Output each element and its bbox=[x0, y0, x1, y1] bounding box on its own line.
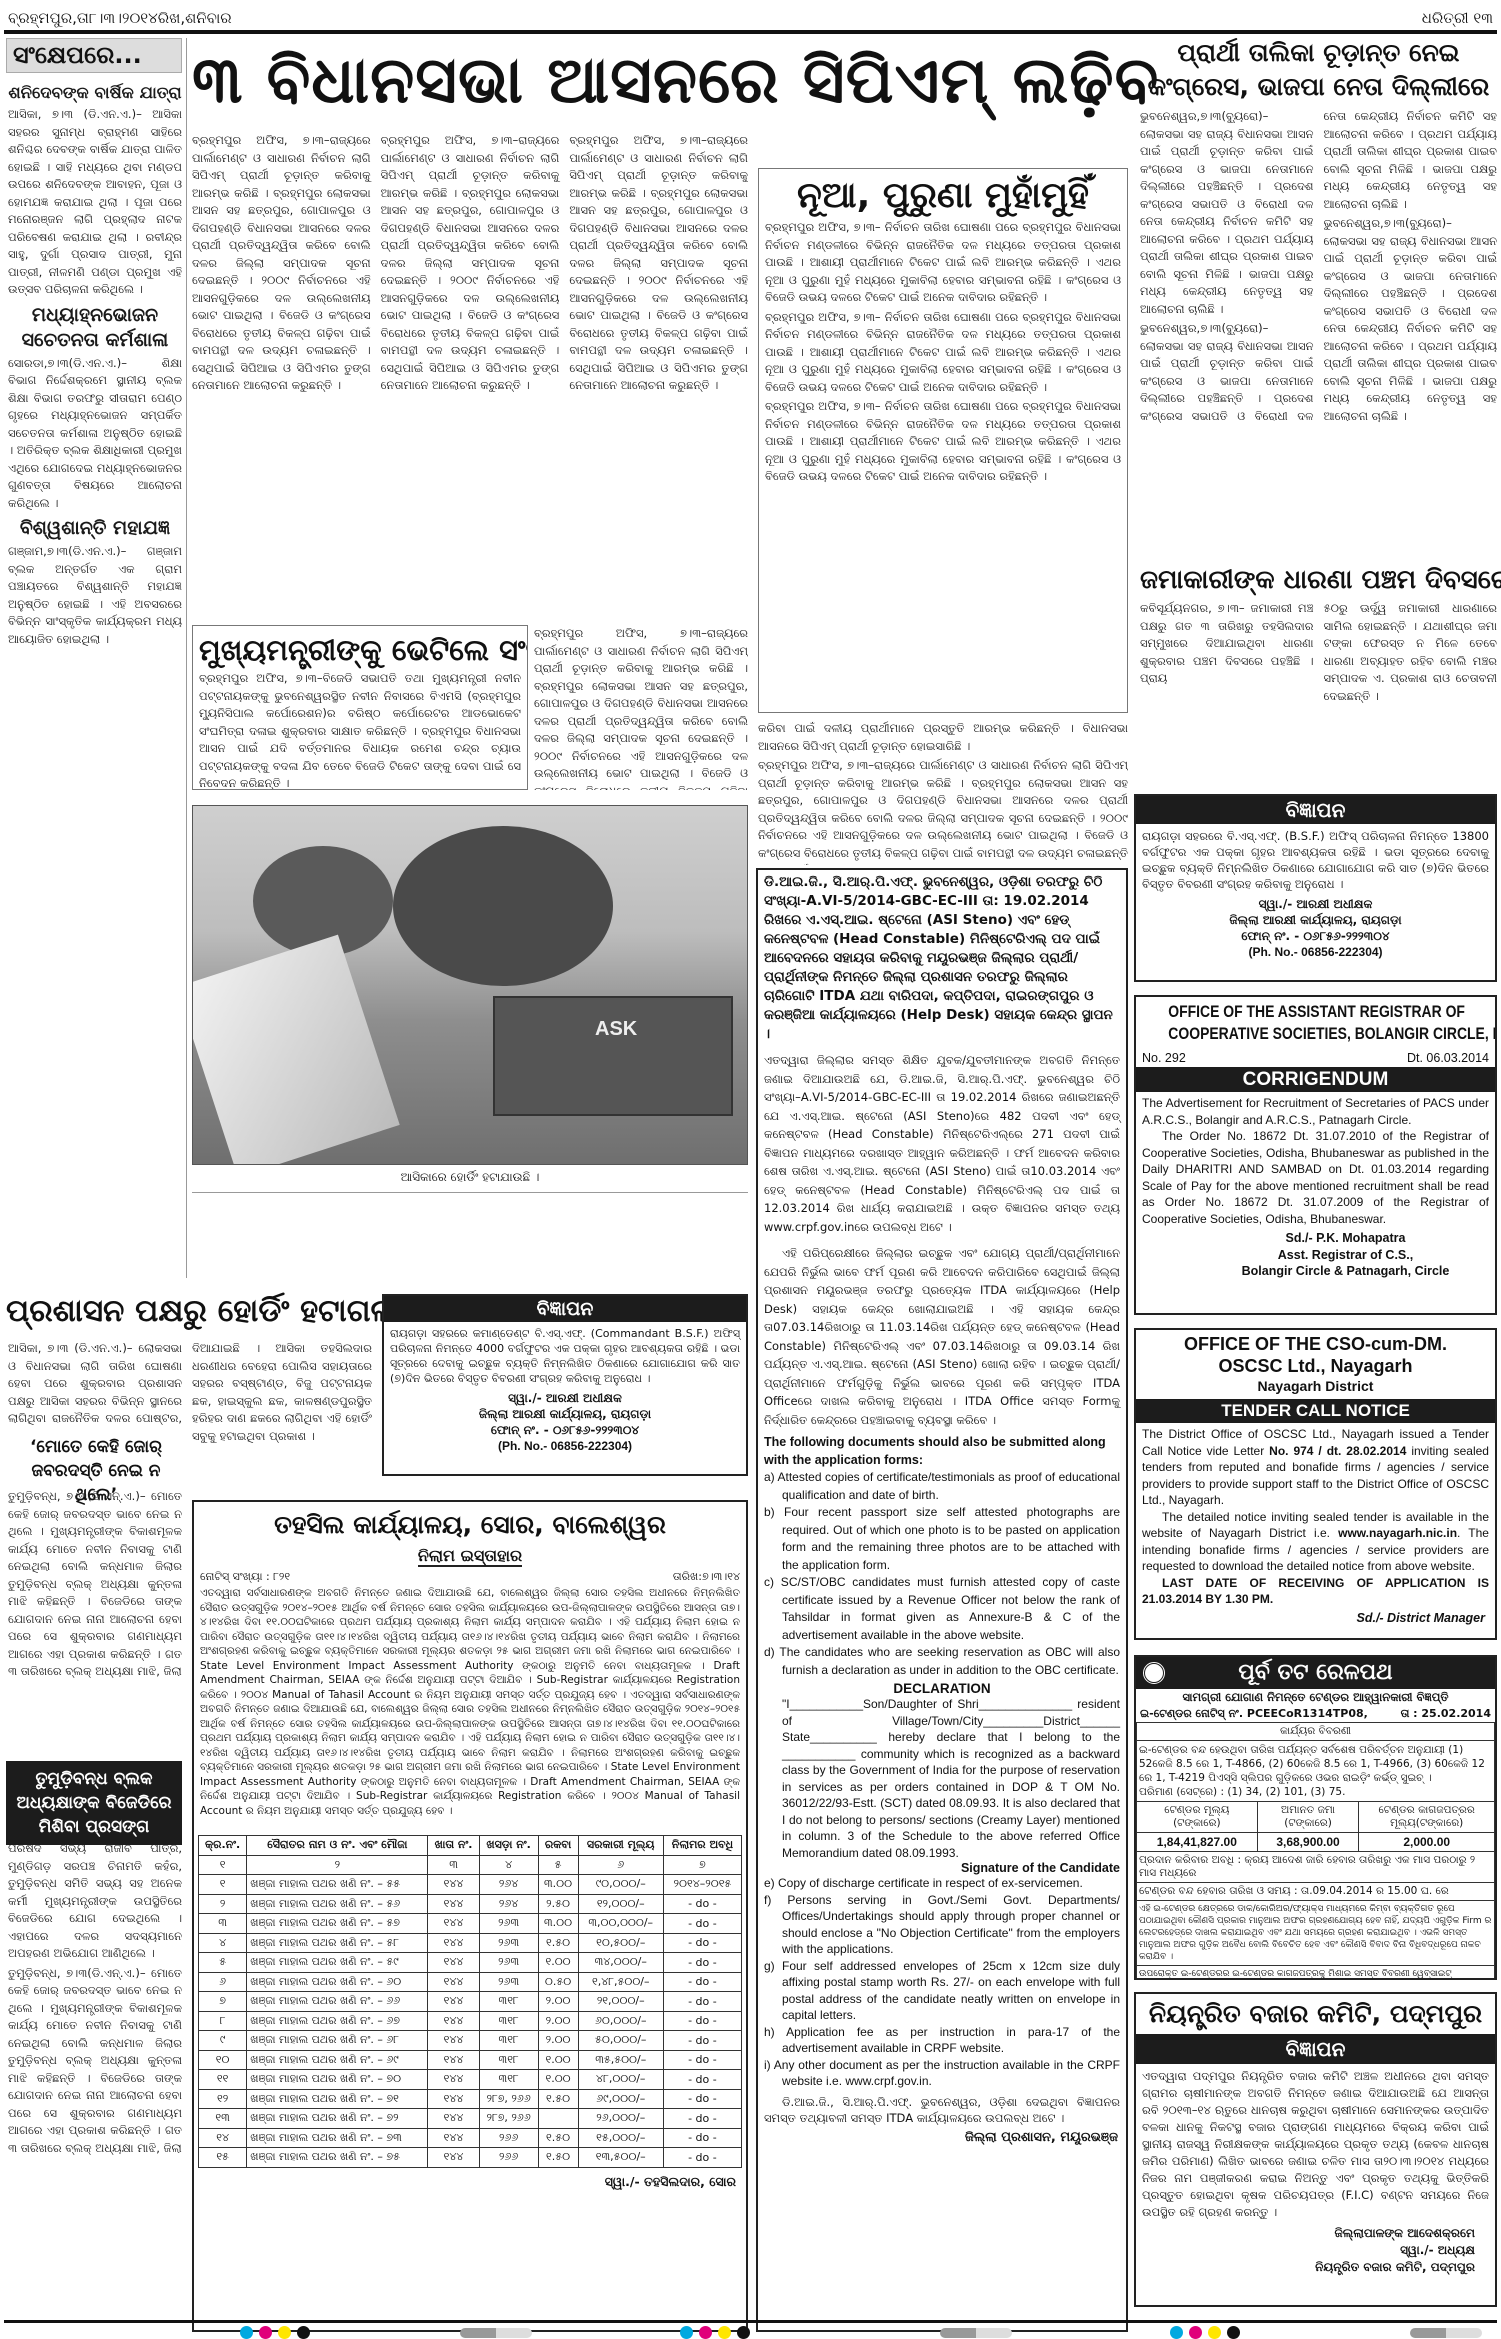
railway-notice-ref: ଇ-ଟେଣ୍ଡର ନୋଟିସ୍ ନଂ. PCEECoR1314TP08, ତା … bbox=[1136, 1706, 1495, 1722]
yellow-dot bbox=[1208, 2326, 1221, 2339]
corrigendum-sign: Sd./- P.K. Mohapatra Asst. Registrar of … bbox=[1136, 1230, 1495, 1280]
quote-body-continued: ପରିଷଦ ସଭ୍ୟ ରାଜୀବ ପାତ୍ର, ମୁଣ୍ଡିଗଡ଼ ସରପଞ୍ଚ… bbox=[8, 1840, 182, 2320]
tender-bar: TENDER CALL NOTICE bbox=[1136, 1399, 1495, 1423]
magenta-dot bbox=[699, 2326, 712, 2339]
briefs-column: ଶନିଦେବଙ୍କ ବାର୍ଷିକ ଯାତ୍ରା ଆସିକା, ୭।୩ (ଡି.… bbox=[8, 78, 182, 1278]
ad-sign-3: ଫୋନ୍ ନଂ. - ୦୬୮୫୬-୨୨୨୩୦୪ bbox=[384, 1422, 746, 1438]
tender-body: The District Office of OSCSC Ltd., Nayag… bbox=[1136, 1423, 1495, 1611]
magenta-dot bbox=[259, 2326, 272, 2339]
table-row: ୨ଖଞ୍ଜା ମାହାଲ ପଥର ଖଣି ନଂ. – ୫୬୧୪୪୨୬୪୨.୫୦୧… bbox=[199, 1894, 742, 1914]
page-label: ଧରିତ୍ରୀ ୧୩ bbox=[1422, 9, 1493, 27]
lead-story-body: ବ୍ରହ୍ମପୁର ଅଫିସ, ୭।୩–ରାଜ୍ୟରେ ପାର୍ଲାମେଣ୍ଟ … bbox=[192, 132, 748, 622]
doc-item: i) Any other document as per the instruc… bbox=[764, 2057, 1120, 2090]
yellow-dot bbox=[278, 2326, 291, 2339]
ad-sign-1: ସ୍ୱା./- ଆରକ୍ଷୀ ଅଧୀକ୍ଷକ bbox=[1136, 896, 1495, 912]
tender-title-2: OSCSC Ltd., Nayagarh bbox=[1136, 1355, 1495, 1377]
side-story-headline: ମୁଖ୍ୟମନ୍ତ୍ରୀଙ୍କୁ ଭେଟିଲେ ସଂଘମିତ୍ରା bbox=[199, 630, 521, 670]
market-ad-body: ଏତଦ୍ୱାରା ପଦ୍ମପୁର ନିୟନ୍ତ୍ରିତ ବଜାର କମିଟି ଅ… bbox=[1136, 2064, 1495, 2225]
cyan-dot bbox=[240, 2326, 253, 2339]
auction-title: ତହସିଲ କାର୍ଯ୍ୟାଳୟ, ସୋର, ବାଲେଶ୍ୱର bbox=[194, 1506, 746, 1544]
declaration-title: DECLARATION bbox=[758, 1681, 1126, 1696]
crpf-docs-list: a) Attested copies of certificate/testim… bbox=[758, 1469, 1126, 1679]
dharana-headline: ଜମାକାରୀଙ୍କ ଧାରଣା ପଞ୍ଚମ ଦିବସରେ bbox=[1140, 562, 1497, 598]
feature-story-box: ନୂଆ, ପୁରୁଣା ମୁହାଁମୁହିଁ ବ୍ରହ୍ମପୁର ଅଫିସ, ୭… bbox=[758, 168, 1128, 713]
east-coast-railway-ad: ପୂର୍ବ ତଟ ରେଳପଥ ସାମଗ୍ରୀ ଯୋଗାଣ ନିମନ୍ତେ ଟେଣ… bbox=[1134, 1655, 1497, 1980]
crpf-docs-list-2: e) Copy of discharge certificate in resp… bbox=[758, 1875, 1126, 2090]
railway-logo-icon bbox=[1142, 1661, 1166, 1685]
ad-phone: (Ph. No.- 06856-222304) bbox=[384, 1438, 746, 1454]
cyan-dot bbox=[1170, 2326, 1183, 2339]
yellow-dot bbox=[718, 2326, 731, 2339]
ad-title-bar: ବିଜ୍ଞାପନ bbox=[1136, 796, 1495, 824]
right-story-body: ଭୁବନେଶ୍ୱର,୭।୩(ବ୍ୟୁରୋ)– ଲୋକସଭା ସହ ରାଜ୍ୟ ବ… bbox=[1140, 108, 1497, 560]
table-row: ୧୫ଖଞ୍ଜା ମାହାଲ ପଥର ଖଣି ନଂ. – ୭୫୧୪୪୨୬୬୧.୫୦… bbox=[199, 2148, 742, 2168]
news-photo: ASK bbox=[192, 805, 748, 1165]
auction-table: କ୍ର.ନଂ. ସୈରାତର ନାମ ଓ ନଂ. ଏବଂ ମୌଜା ଖାତା ନ… bbox=[198, 1835, 742, 2168]
doc-item: e) Copy of discharge certificate in resp… bbox=[764, 1875, 1120, 1892]
auction-body: ଏତଦ୍ୱାରା ସର୍ବସାଧାରଣଙ୍କ ଅବଗତି ନିମନ୍ତେ ଜଣା… bbox=[194, 1586, 746, 1831]
registration-marks bbox=[240, 2326, 310, 2339]
table-row: ୧ଖଞ୍ଜା ମାହାଲ ପଥର ଖଣି ନଂ. – ୫୫୧୪୪୨୬୪୩.୦୦୯… bbox=[199, 1875, 742, 1895]
table-row: ୧୧ଖଞ୍ଜା ମାହାଲ ପଥର ଖଣି ନଂ. – ୭୦୧୪୪୩୧୮୧.୦୦… bbox=[199, 2070, 742, 2090]
tender-title-1: OFFICE OF THE CSO-cum-DM. bbox=[1136, 1333, 1495, 1355]
brief-headline: ଶନିଦେବଙ୍କ ବାର୍ଷିକ ଯାତ୍ରା bbox=[8, 82, 182, 104]
doc-item: f) Persons serving in Govt./Semi Govt. D… bbox=[764, 1892, 1120, 1958]
table-row: ୮ଖଞ୍ଜା ମାହାଲ ପଥର ଖଣି ନଂ. – ୬୭୧୪୪୩୧୮୨.୦୦୬… bbox=[199, 2011, 742, 2031]
right-story-headline: ପ୍ରାର୍ଥୀ ତାଲିକା ଚୂଡ଼ାନ୍ତ ନେଇ କଂଗ୍ରେସ, ଭା… bbox=[1140, 36, 1497, 104]
ad-sign-1: ସ୍ୱା./- ଆରକ୍ଷୀ ଅଧୀକ୍ଷକ bbox=[384, 1390, 746, 1406]
tree-shape bbox=[393, 826, 613, 986]
dharana-body: କବିସୂର୍ଯ୍ୟନଗର, ୭।୩– ଜମାକାରୀ ମଞ୍ଚ ପକ୍ଷରୁ … bbox=[1140, 600, 1497, 720]
brief-headline: ମଧ୍ୟାହ୍ନଭୋଜନ ସଚେତନତା କର୍ମଶାଳା bbox=[8, 303, 182, 353]
table-row: ୧୦ଖଞ୍ଜା ମାହାଲ ପଥର ଖଣି ନଂ. – ୬୯୧୪୪୩୧୮୧.୦୦… bbox=[199, 2050, 742, 2070]
tender-website-link[interactable]: www.nayagarh.nic.in bbox=[1338, 1526, 1457, 1540]
doc-item: g) Four self addressed envelopes of 25cm… bbox=[764, 1958, 1120, 2024]
feature-headline: ନୂଆ, ପୁରୁଣା ମୁହାଁମୁହିଁ bbox=[765, 173, 1121, 219]
table-row: ୩ଖଞ୍ଜା ମାହାଲ ପଥର ଖଣି ନଂ. – ୫୭୧୪୪୨୬୩୩.୦୦୩… bbox=[199, 1914, 742, 1934]
declaration-signature: Signature of the Candidate bbox=[758, 1861, 1126, 1875]
hoarding-body-left: ଆସିକା, ୭।୩ (ଡି.ଏନ.ଏ.)– ଲୋକସଭା ଓ ବିଧାନସଭା… bbox=[8, 1340, 182, 1428]
corrigendum-bar: CORRIGENDUM bbox=[1136, 1067, 1495, 1092]
hoarding-headline: ପ୍ରଶାସନ ପକ୍ଷରୁ ହୋର୍ଡିଂ ହଟାଗଲା bbox=[6, 1290, 386, 1332]
doc-item: d) The candidates who are seeking reserv… bbox=[764, 1644, 1120, 1679]
tahasil-auction-ad: ତହସିଲ କାର୍ଯ୍ୟାଳୟ, ସୋର, ବାଲେଶ୍ୱର ନିଲାମ ଇସ… bbox=[192, 1500, 748, 2332]
market-committee-ad: ନିୟନ୍ତ୍ରିତ ବଜାର କମିଟି, ପଦ୍ମପୁର ବିଜ୍ଞାପନ … bbox=[1134, 1992, 1497, 2307]
ad-sign-3: ଫୋନ୍ ନଂ. - ୦୬୮୫୬-୨୨୨୩୦୪ bbox=[1136, 928, 1495, 944]
black-dot bbox=[297, 2326, 310, 2339]
ad-title-bar: ବିଜ୍ଞାପନ bbox=[384, 1296, 746, 1322]
registration-marks bbox=[1170, 2326, 1240, 2339]
market-ad-sign: ଜିଲ୍ଲାପାଳଙ୍କ ଆଦେଶକ୍ରମେ ସ୍ୱା./- ଅଧ୍ୟକ୍ଷ ନ… bbox=[1136, 2225, 1495, 2276]
crpf-ad-para1: ଏତଦ୍ୱାରା ଜିଲ୍ଲାର ସମସ୍ତ ଶିକ୍ଷିତ ଯୁବକ/ଯୁବତ… bbox=[758, 1047, 1126, 1240]
brief-body: ଗଞ୍ଜାମ,୭।୩(ଡି.ଏନ.ଏ.)– ଗଞ୍ଜାମ ବ୍ଲକ ଅନ୍ତର୍… bbox=[8, 543, 182, 648]
ad-phone: (Ph. No.- 06856-222304) bbox=[1136, 944, 1495, 960]
ad-body: ରାୟଗଡ଼ା ସହରରେ କମାଣ୍ଡେଣ୍ଟ ବି.ଏସ୍.ଏଫ୍. (Co… bbox=[384, 1322, 746, 1390]
quote-body: ତୁମୁଡ଼ିବନ୍ଧ, ୭।୩(ଡି.ଏନ୍.ଏ.)– ମୋତେ କେହି ଜ… bbox=[8, 1488, 182, 1733]
brief-body: ସୋରଡା,୭।୩(ଡି.ଏନ.ଏ.)– ଶିକ୍ଷା ବିଭାଗ ନିର୍ଦ୍… bbox=[8, 355, 182, 513]
feature-continued: କରିବା ପାଇଁ ଦଳୀୟ ପ୍ରାର୍ଥୀମାନେ ପ୍ରସ୍ତୁତି ଆ… bbox=[758, 720, 1128, 865]
table-row: ୧୩ଖଞ୍ଜା ମାହାଲ ପଥର ଖଣି ନଂ. – ୭୨୧୪୪୨୮୭, ୨୬… bbox=[199, 2109, 742, 2129]
bsf-rental-ad-left: ବିଜ୍ଞାପନ ରାୟଗଡ଼ା ସହରରେ କମାଣ୍ଡେଣ୍ଟ ବି.ଏସ୍… bbox=[382, 1294, 748, 1476]
side-story-body: ବ୍ରହ୍ମପୁର ଅଫିସ, ୭।୩–ବିଜେଡି ସଭାପତି ତଥା ମୁ… bbox=[199, 670, 521, 790]
crpf-ad-heading: ଡି.ଆଇ.ଜି., ସି.ଆର୍.ପି.ଏଫ୍. ଭୁବନେଶ୍ୱର, ଓଡ଼… bbox=[758, 870, 1126, 1047]
briefs-section-title: ସଂକ୍ଷେପରେ... bbox=[6, 38, 182, 73]
doc-item: b) Four recent passport size self attest… bbox=[764, 1504, 1120, 1574]
tender-title-3: Nayagarh District bbox=[1136, 1377, 1495, 1396]
registration-bar bbox=[1410, 2328, 1482, 2338]
corrigendum-title-2: COOPERATIVE SOCIETIES, BOLANGIR CIRCLE, … bbox=[1168, 1023, 1462, 1045]
corrigendum-ref: No. 292 Dt. 06.03.2014 bbox=[1136, 1045, 1495, 1067]
footer-rule bbox=[4, 2320, 1497, 2323]
hoarding-body-right: ଦିଆଯାଇଛି । ଆସିକା ତହସିଲଦାର ଧରଣୀଧର ବେହେରା … bbox=[192, 1340, 372, 1495]
side-story-box: ମୁଖ୍ୟମନ୍ତ୍ରୀଙ୍କୁ ଭେଟିଲେ ସଂଘମିତ୍ରା ବ୍ରହ୍ମ… bbox=[192, 625, 528, 790]
corrigendum-title-1: OFFICE OF THE ASSISTANT REGISTRAR OF bbox=[1168, 1001, 1462, 1023]
crpf-helpdesk-ad: ଡି.ଆଇ.ଜି., ସି.ଆର୍.ପି.ଏଫ୍. ଭୁବନେଶ୍ୱର, ଓଡ଼… bbox=[756, 868, 1128, 2332]
bsf-rental-ad-right: ବିଜ୍ଞାପନ ରାୟଗଡ଼ା ସହରରେ ବି.ଏସ୍.ଏଫ୍. (B.S.… bbox=[1134, 794, 1497, 982]
market-ad-bar: ବିଜ୍ଞାପନ bbox=[1136, 2034, 1495, 2064]
table-row: ୧୨ଖଞ୍ଜା ମାହାଲ ପଥର ଖଣି ନଂ. – ୭୧୧୪୪୨୮୭, ୨୬… bbox=[199, 2089, 742, 2109]
railway-details-table: କାର୍ଯ୍ୟର ବିବରଣୀ ଇ-ଟେଣ୍ଡର ବନ୍ଦ ହେଉଥିବା ତା… bbox=[1136, 1722, 1495, 1980]
brief-headline: ବିଶ୍ୱଶାନ୍ତି ମହାଯଜ୍ଞ bbox=[8, 516, 182, 541]
crpf-docs-heading: The following documents should also be s… bbox=[758, 1433, 1126, 1469]
cyan-dot bbox=[680, 2326, 693, 2339]
corrigendum-ad: OFFICE OF THE ASSISTANT REGISTRAR OF COO… bbox=[1134, 995, 1497, 1315]
masthead-rule bbox=[4, 30, 1497, 34]
auction-sign: ସ୍ୱା./- ତହସିଲଦାର, ସୋର bbox=[194, 2168, 746, 2196]
table-row: ୭ଖଞ୍ଜା ମାହାଲ ପଥର ଖଣି ନଂ. – ୬୬୧୪୪୩୧୮୨.୦୦୨… bbox=[199, 1992, 742, 2012]
registration-bar bbox=[460, 2328, 532, 2338]
lead-headline: ୩ ବିଧାନସଭା ଆସନରେ ସିପିଏମ୍ ଲଢ଼ିବ bbox=[192, 36, 1140, 126]
truck-shape: ASK bbox=[493, 996, 733, 1116]
crpf-footer-text: ଡି.ଆଇ.ଜି., ସି.ଆର୍.ପି.ଏଫ୍. ଭୁବନେଶ୍ୱର, ଓଡ଼… bbox=[758, 2090, 1126, 2130]
ad-body: ରାୟଗଡ଼ା ସହରରେ ବି.ଏସ୍.ଏଫ୍. (B.S.F.) ଅଫିସ୍… bbox=[1136, 824, 1495, 896]
crpf-footer-sign: ଜିଲ୍ଲା ପ୍ରଶାସନ, ମୟୂରଭଞ୍ଜ bbox=[758, 2130, 1126, 2145]
market-ad-title: ନିୟନ୍ତ୍ରିତ ବଜାର କମିଟି, ପଦ୍ମପୁର bbox=[1136, 1994, 1495, 2034]
crpf-ad-para2: ଏହି ପରିପ୍ରେକ୍ଷୀରେ ଜିଲ୍ଲାର ଇଚ୍ଛୁକ ଏବଂ ଯୋଗ… bbox=[758, 1240, 1126, 1433]
hoarding-sheet bbox=[192, 935, 400, 1165]
feature-body: ବ୍ରହ୍ମପୁର ଅଫିସ, ୭।୩– ନିର୍ବାଚନ ତାରିଖ ଘୋଷଣ… bbox=[765, 219, 1121, 486]
black-dot bbox=[737, 2326, 750, 2339]
magenta-dot bbox=[1189, 2326, 1202, 2339]
auction-subtitle: ନିଲାମ ଇସ୍ତାହାର bbox=[418, 1546, 522, 1567]
table-row: ୬ଖଞ୍ଜା ମାହାଲ ପଥର ଖଣି ନଂ. – ୬୦୧୪୪୨୬୩୦.୫୦୧… bbox=[199, 1972, 742, 1992]
tender-call-notice-ad: OFFICE OF THE CSO-cum-DM. OSCSC Ltd., Na… bbox=[1134, 1328, 1497, 1640]
quote-subhead-box: ତୁମୁଡ଼ିବନ୍ଧ ବ୍ଲକ ଅଧ୍ୟକ୍ଷାଙ୍କ ବିଜେଡିରେ ମି… bbox=[6, 1761, 182, 1845]
corrigendum-body: The Advertisement for Recruitment of Sec… bbox=[1136, 1092, 1495, 1230]
tender-sign: Sd./- District Manager bbox=[1136, 1611, 1495, 1625]
photo-caption: ଆସିକାରେ ହୋର୍ଡିଂ ହଟାଯାଉଛି । bbox=[192, 1170, 748, 1185]
black-dot bbox=[1227, 2326, 1240, 2339]
registration-bar bbox=[940, 2328, 1012, 2338]
declaration-text: "I___________Son/Daughter of Shri_______… bbox=[758, 1696, 1126, 1861]
railway-subtitle: ସାମଗ୍ରୀ ଯୋଗାଣ ନିମନ୍ତେ ଟେଣ୍ଡର ଆହ୍ୱାନକାରୀ … bbox=[1136, 1689, 1495, 1706]
doc-item: a) Attested copies of certificate/testim… bbox=[764, 1469, 1120, 1504]
auction-notice-ref: ନୋଟିସ୍ ସଂଖ୍ୟା : ୮୨୧ ତାରିଖ:୭।୩।୧୪ bbox=[194, 1568, 746, 1586]
table-row: ୫ଖଞ୍ଜା ମାହାଲ ପଥର ଖଣି ନଂ. – ୫୯୧୪୪୨୬୩୧.୦୦୩… bbox=[199, 1953, 742, 1973]
auction-rows: ୧ଖଞ୍ଜା ମାହାଲ ପଥର ଖଣି ନଂ. – ୫୫୧୪୪୨୬୪୩.୦୦୯… bbox=[199, 1875, 742, 2168]
doc-item: h) Application fee as per instruction in… bbox=[764, 2024, 1120, 2057]
ad-sign-2: ଜିଲ୍ଲା ଆରକ୍ଷୀ କାର୍ଯ୍ୟାଳୟ, ରାୟଗଡ଼ା bbox=[1136, 912, 1495, 928]
table-row: ୯ଖଞ୍ଜା ମାହାଲ ପଥର ଖଣି ନଂ. – ୬୮୧୪୪୩୧୮୨.୦୦୫… bbox=[199, 2031, 742, 2051]
dateline: ବ୍ରହ୍ମପୁର,ତା୮।୩।୨୦୧୪ରିଖ,ଶନିବାର bbox=[8, 9, 232, 27]
doc-item: c) SC/ST/OBC candidates must furnish att… bbox=[764, 1574, 1120, 1644]
brief-body: ଆସିକା, ୭।୩ (ଡି.ଏନ.ଏ.)– ଆସିକା ସହରର ସୁନାମ୍… bbox=[8, 106, 182, 299]
table-row: ୧୪ଖଞ୍ଜା ମାହାଲ ପଥର ଖଣି ନଂ. – ୭୩୧୪୪୨୬୬୧.୫୦… bbox=[199, 2128, 742, 2148]
ad-sign-2: ଜିଲ୍ଲା ଆରକ୍ଷୀ କାର୍ଯ୍ୟାଳୟ, ରାୟଗଡ଼ା bbox=[384, 1406, 746, 1422]
lead-story-continued: ବ୍ରହ୍ମପୁର ଅଫିସ, ୭।୩–ରାଜ୍ୟରେ ପାର୍ଲାମେଣ୍ଟ … bbox=[534, 625, 748, 790]
railway-title-bar: ପୂର୍ବ ତଟ ରେଳପଥ bbox=[1136, 1657, 1495, 1689]
masthead: ବ୍ରହ୍ମପୁର,ତା୮।୩।୨୦୧୪ରିଖ,ଶନିବାର ଧରିତ୍ରୀ ୧… bbox=[8, 6, 1493, 30]
column-rule bbox=[186, 38, 187, 1278]
section-rule bbox=[192, 1192, 748, 1193]
table-row: ୪ଖଞ୍ଜା ମାହାଲ ପଥର ଖଣି ନଂ. – ୫୮୧୪୪୨୬୩୧.୫୦୧… bbox=[199, 1933, 742, 1953]
registration-marks bbox=[680, 2326, 750, 2339]
